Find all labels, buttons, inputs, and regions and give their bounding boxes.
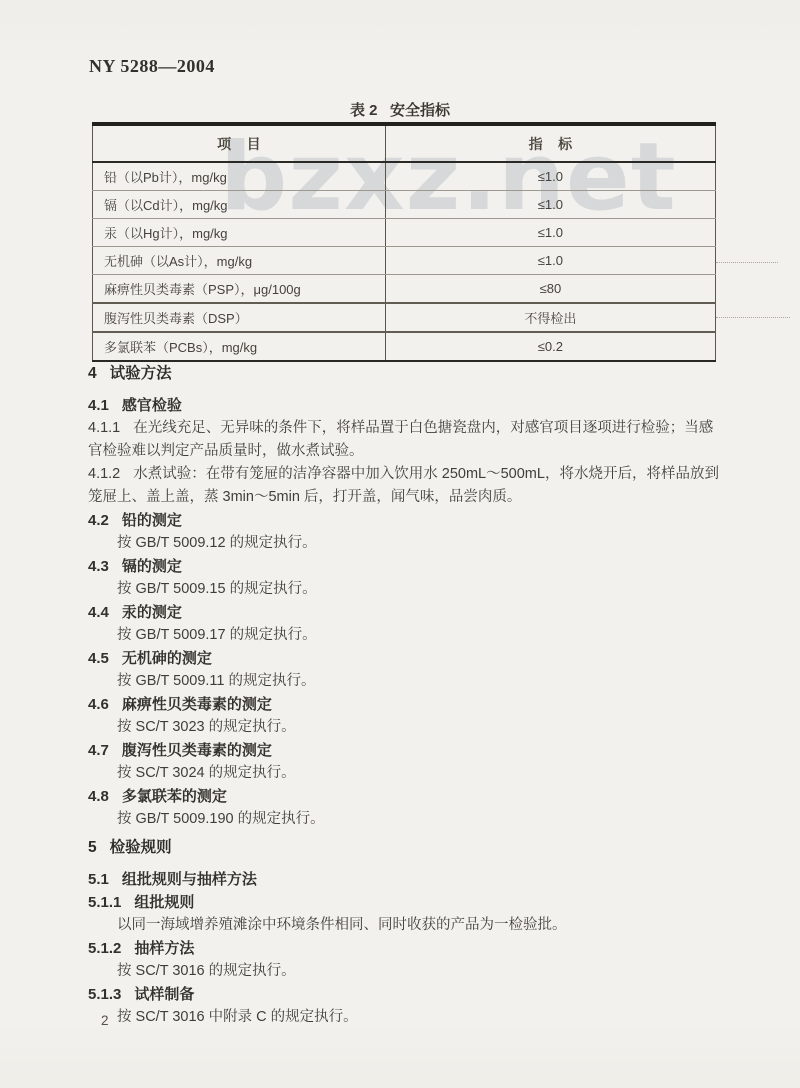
scan-artifact-line: [716, 262, 778, 263]
text-block: 按 GB/T 5009.11 的规定执行。: [88, 670, 720, 693]
text-block: 5.1.3试样制备: [88, 983, 720, 1006]
value-cell: ≤1.0: [385, 247, 715, 275]
section-text: 水煮试验：在带有笼屉的洁净容器中加入饮用水 250mL～500mL，将水烧开后，…: [88, 466, 719, 505]
section-number: 5: [88, 839, 97, 856]
section-number: 4.6: [88, 696, 109, 713]
section-number: 4.1.1: [88, 420, 120, 436]
table-row: 多氯联苯（PCBs），mg/kg ≤0.2: [93, 332, 716, 361]
section-number: 4.1.2: [88, 466, 120, 482]
value-cell: ≤80: [385, 275, 715, 304]
value-cell: ≤1.0: [385, 219, 715, 247]
section-text: 按 SC/T 3023 的规定执行。: [117, 719, 296, 735]
document-page: NY 5288—2004 bzxz.net 表 2 安全指标 项 目 指 标 铅…: [0, 0, 800, 1088]
value-cell: ≤1.0: [385, 162, 715, 191]
section-text: 检验规则: [110, 839, 172, 856]
table-header-row: 项 目 指 标: [93, 124, 716, 162]
section-number: 5.1: [88, 871, 109, 888]
section-text: 按 GB/T 5009.15 的规定执行。: [117, 581, 317, 597]
section-number: 5.1.3: [88, 986, 121, 1003]
section-text: 腹泻性贝类毒素的测定: [122, 742, 272, 759]
section-text: 按 SC/T 3016 中附录 C 的规定执行。: [117, 1009, 358, 1025]
table-row: 镉（以Cd计），mg/kg ≤1.0: [93, 191, 716, 219]
section-text: 按 GB/T 5009.17 的规定执行。: [117, 627, 317, 643]
section-text: 以同一海域增养殖滩涂中环境条件相同、同时收获的产品为一检验批。: [117, 917, 567, 933]
text-block: 按 GB/T 5009.17 的规定执行。: [88, 624, 720, 647]
section-number: 4.7: [88, 742, 109, 759]
table-title: 表 2 安全指标: [0, 99, 800, 120]
text-block: 按 GB/T 5009.190 的规定执行。: [88, 808, 720, 831]
table-row: 汞（以Hg计），mg/kg ≤1.0: [93, 219, 716, 247]
text-block: 4.2铅的测定: [88, 509, 720, 532]
text-block: 5检验规则: [88, 836, 720, 859]
text-block: 4.1感官检验: [88, 394, 720, 417]
text-block: 4.6麻痹性贝类毒素的测定: [88, 693, 720, 716]
column-header-value: 指 标: [385, 124, 715, 162]
text-block: 按 SC/T 3016 中附录 C 的规定执行。: [88, 1006, 720, 1029]
table-row: 腹泻性贝类毒素（DSP） 不得检出: [93, 303, 716, 332]
item-cell: 铅（以Pb计），mg/kg: [93, 162, 386, 191]
section-number: 4.5: [88, 650, 109, 667]
section-number: 4.2: [88, 512, 109, 529]
text-block: 5.1组批规则与抽样方法: [88, 868, 720, 891]
table-row: 无机砷（以As计），mg/kg ≤1.0: [93, 247, 716, 275]
item-cell: 多氯联苯（PCBs），mg/kg: [93, 332, 386, 361]
text-block: 5.1.2抽样方法: [88, 937, 720, 960]
safety-indicators-table: 项 目 指 标 铅（以Pb计），mg/kg ≤1.0 镉（以Cd计），mg/kg…: [92, 122, 716, 362]
section-number: 4.4: [88, 604, 109, 621]
section-number: 5.1.1: [88, 894, 121, 911]
section-text: 按 GB/T 5009.190 的规定执行。: [117, 811, 325, 827]
text-block: 4.8多氯联苯的测定: [88, 785, 720, 808]
text-block: 按 SC/T 3023 的规定执行。: [88, 716, 720, 739]
standard-code: NY 5288—2004: [89, 56, 215, 77]
section-text: 组批规则与抽样方法: [122, 871, 257, 888]
section-text: 在光线充足、无异味的条件下，将样品置于白色搪瓷盘内，对感官项目逐项进行检验；当感…: [88, 420, 713, 459]
section-text: 汞的测定: [122, 604, 182, 621]
document-body: 4试验方法 4.1感官检验 4.1.1在光线充足、无异味的条件下，将样品置于白色…: [88, 362, 720, 1029]
text-block: 5.1.1组批规则: [88, 891, 720, 914]
text-block: 4.1.1在光线充足、无异味的条件下，将样品置于白色搪瓷盘内，对感官项目逐项进行…: [88, 417, 720, 463]
value-cell: ≤0.2: [385, 332, 715, 361]
section-text: 抽样方法: [134, 940, 194, 957]
section-text: 试验方法: [110, 365, 172, 382]
section-number: 4: [88, 365, 97, 382]
text-block: 4.4汞的测定: [88, 601, 720, 624]
section-text: 按 GB/T 5009.12 的规定执行。: [117, 535, 317, 551]
item-cell: 腹泻性贝类毒素（DSP）: [93, 303, 386, 332]
item-cell: 汞（以Hg计），mg/kg: [93, 219, 386, 247]
text-block: 4试验方法: [88, 362, 720, 385]
section-text: 感官检验: [122, 397, 182, 414]
page-number: 2: [101, 1013, 109, 1028]
table-row: 铅（以Pb计），mg/kg ≤1.0: [93, 162, 716, 191]
text-block: 按 SC/T 3016 的规定执行。: [88, 960, 720, 983]
column-header-item: 项 目: [93, 124, 386, 162]
text-block: 以同一海域增养殖滩涂中环境条件相同、同时收获的产品为一检验批。: [88, 914, 720, 937]
section-text: 按 SC/T 3024 的规定执行。: [117, 765, 296, 781]
section-text: 镉的测定: [122, 558, 182, 575]
text-block: 4.7腹泻性贝类毒素的测定: [88, 739, 720, 762]
value-cell: ≤1.0: [385, 191, 715, 219]
item-cell: 镉（以Cd计），mg/kg: [93, 191, 386, 219]
scan-artifact-line: [716, 317, 790, 318]
section-number: 5.1.2: [88, 940, 121, 957]
value-cell: 不得检出: [385, 303, 715, 332]
section-text: 多氯联苯的测定: [122, 788, 227, 805]
text-block: 4.3镉的测定: [88, 555, 720, 578]
section-text: 麻痹性贝类毒素的测定: [122, 696, 272, 713]
text-block: 4.5无机砷的测定: [88, 647, 720, 670]
text-block: 按 GB/T 5009.15 的规定执行。: [88, 578, 720, 601]
section-text: 按 GB/T 5009.11 的规定执行。: [117, 673, 316, 689]
text-block: 按 SC/T 3024 的规定执行。: [88, 762, 720, 785]
table-row: 麻痹性贝类毒素（PSP），μg/100g ≤80: [93, 275, 716, 304]
section-text: 按 SC/T 3016 的规定执行。: [117, 963, 296, 979]
section-number: 4.1: [88, 397, 109, 414]
section-text: 无机砷的测定: [122, 650, 212, 667]
text-block: 4.1.2水煮试验：在带有笼屉的洁净容器中加入饮用水 250mL～500mL，将…: [88, 463, 720, 509]
section-text: 铅的测定: [122, 512, 182, 529]
item-cell: 无机砷（以As计），mg/kg: [93, 247, 386, 275]
section-text: 组批规则: [134, 894, 194, 911]
text-block: 按 GB/T 5009.12 的规定执行。: [88, 532, 720, 555]
section-text: 试样制备: [134, 986, 194, 1003]
item-cell: 麻痹性贝类毒素（PSP），μg/100g: [93, 275, 386, 304]
section-number: 4.3: [88, 558, 109, 575]
section-number: 4.8: [88, 788, 109, 805]
